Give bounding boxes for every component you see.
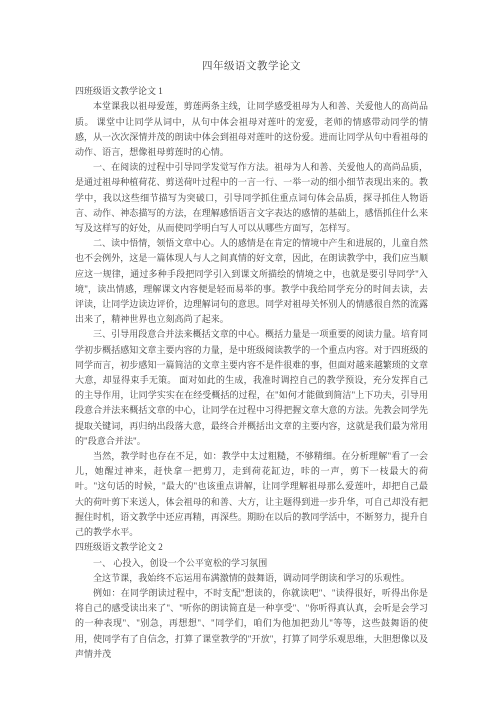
section-2: 四班级语文教学论文 2 一、 心投入，创设一个公平宽松的学习氛围 全这节课，我始… bbox=[75, 540, 428, 662]
paragraph: 例如：在同学朗读过程中，不时支配"想读的，你就读吧"、"读得很好，听得出你是将自… bbox=[75, 586, 428, 662]
paragraph: 全这节课，我始终不忘运用布满激情的鼓舞语，调动同学朗读和学习的乐观性。 bbox=[75, 571, 428, 586]
paragraph: 一、在阅读的过程中引导同学发觉写作方法。祖母为人和善、关爱他人的高尚品质，是通过… bbox=[75, 160, 428, 236]
paragraph: 一、 心投入，创设一个公平宽松的学习氛围 bbox=[75, 556, 428, 571]
section-2-heading: 四班级语文教学论文 2 bbox=[75, 540, 428, 555]
document-page: 四年级语文教学论文 四班级语文教学论文 1 本堂课我以祖母爱莲，剪莲两条主线，让… bbox=[0, 0, 500, 707]
paragraph: 二、读中悟情，领悟文章中心。人的感情是在肯定的情境中产生和进展的，儿童自然也不会… bbox=[75, 236, 428, 327]
paragraph: 三、引导用段意合并法来概括文章的中心。概括力量是一项重要的阅读力量。培育同学初步… bbox=[75, 327, 428, 449]
paragraph: 当然，教学时也存在不足，如：教学中太过粗糙，不够精细。在分析理解"看了一会儿，她… bbox=[75, 449, 428, 540]
paragraph: 本堂课我以祖母爱莲，剪莲两条主线，让同学感受祖母为人和善、关爱他人的高尚品质。 … bbox=[75, 99, 428, 160]
document-title: 四年级语文教学论文 bbox=[75, 59, 428, 74]
section-1: 四班级语文教学论文 1 本堂课我以祖母爱莲，剪莲两条主线，让同学感受祖母为人和善… bbox=[75, 84, 428, 540]
section-1-heading: 四班级语文教学论文 1 bbox=[75, 84, 428, 99]
